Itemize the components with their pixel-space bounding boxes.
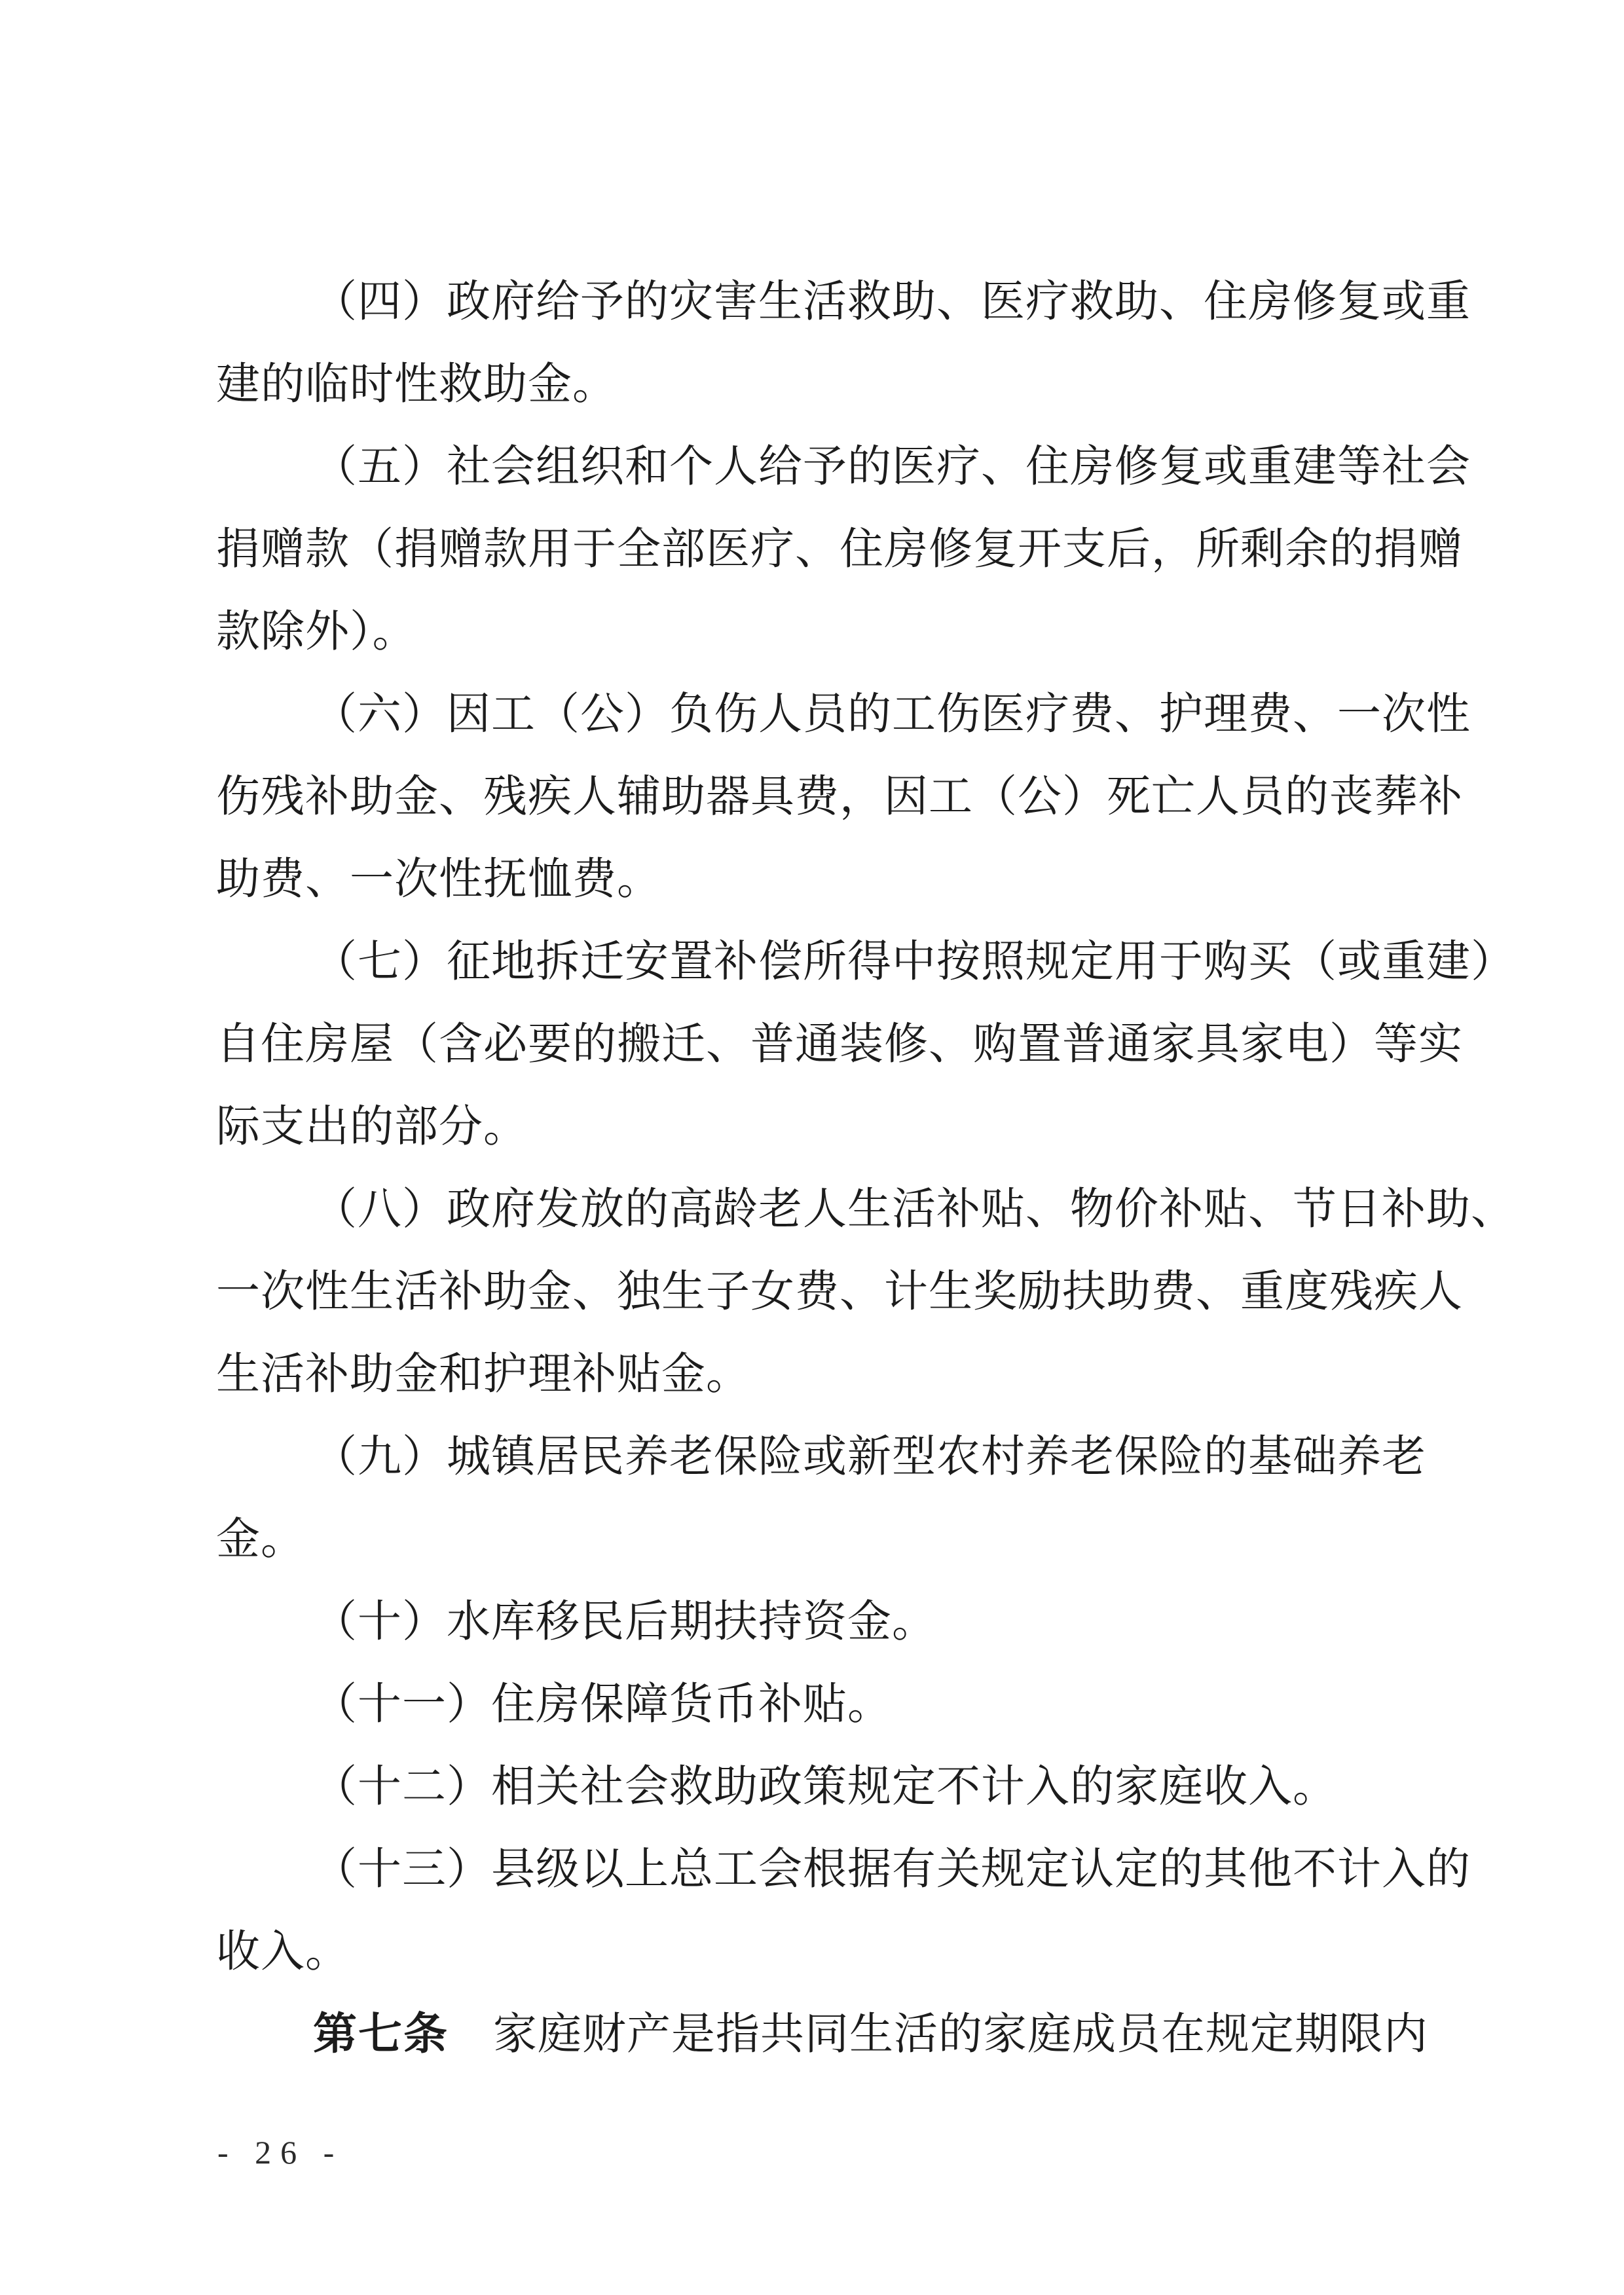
text-segment: （十二）相关社会救助政策规定不计入的家庭收入。	[313, 1763, 1337, 1811]
text-segment: 捐赠款（捐赠款用于全部医疗、住房修复开支后，所剩余的捐赠	[216, 525, 1463, 574]
text-segment: 建的临时性救助金。	[216, 360, 617, 409]
text-line: （八）政府发放的高龄老人生活补贴、物价补贴、节日补助、	[216, 1168, 1473, 1251]
text-line: （九）城镇居民养老保险或新型农村养老保险的基础养老	[216, 1416, 1473, 1498]
text-line: （七）征地拆迁安置补偿所得中按照规定用于购买（或重建）	[216, 921, 1473, 1003]
text-segment: （九）城镇居民养老保险或新型农村养老保险的基础养老	[313, 1433, 1426, 1481]
text-segment: （五）社会组织和个人给予的医疗、住房修复或重建等社会	[313, 443, 1471, 491]
document-page: （四）政府给予的灾害生活救助、医疗救助、住房修复或重建的临时性救助金。（五）社会…	[0, 0, 1624, 2295]
text-segment: 自住房屋（含必要的搬迁、普通装修、购置普通家具家电）等实	[216, 1020, 1463, 1069]
document-body: （四）政府给予的灾害生活救助、医疗救助、住房修复或重建的临时性救助金。（五）社会…	[216, 261, 1473, 2076]
text-segment: 金。	[216, 1515, 305, 1564]
text-segment: 伤残补助金、残疾人辅助器具费，因工（公）死亡人员的丧葬补	[216, 773, 1463, 821]
text-segment: 款除外）。	[216, 608, 417, 656]
text-segment: （六）因工（公）负伤人员的工伤医疗费、护理费、一次性	[313, 690, 1471, 739]
text-line: 自住房屋（含必要的搬迁、普通装修、购置普通家具家电）等实	[216, 1003, 1473, 1086]
text-line: 助费、一次性抚恤费。	[216, 838, 1473, 921]
text-line: 一次性生活补助金、独生子女费、计生奖励扶助费、重度残疾人	[216, 1251, 1473, 1333]
text-line: （十二）相关社会救助政策规定不计入的家庭收入。	[216, 1746, 1473, 1828]
text-segment: 收入。	[216, 1928, 350, 1976]
text-segment: （四）政府给予的灾害生活救助、医疗救助、住房修复或重	[313, 278, 1471, 326]
text-line: （十一）住房保障货币补贴。	[216, 1663, 1473, 1746]
text-segment: 家庭财产是指共同生活的家庭成员在规定期限内	[449, 2010, 1428, 2059]
text-line: 第七条 家庭财产是指共同生活的家庭成员在规定期限内	[216, 1993, 1473, 2076]
text-segment: 生活补助金和护理补贴金。	[216, 1350, 750, 1399]
text-line: （五）社会组织和个人给予的医疗、住房修复或重建等社会	[216, 426, 1473, 508]
text-segment: （七）征地拆迁安置补偿所得中按照规定用于购买（或重建）	[313, 938, 1515, 986]
page-number: - 26 -	[217, 2129, 343, 2175]
text-segment: （八）政府发放的高龄老人生活补贴、物价补贴、节日补助、	[313, 1185, 1515, 1234]
text-line: 伤残补助金、残疾人辅助器具费，因工（公）死亡人员的丧葬补	[216, 756, 1473, 838]
text-segment: （十一）住房保障货币补贴。	[313, 1680, 892, 1729]
article-number-bold: 第七条	[313, 2010, 449, 2059]
text-segment: 一次性生活补助金、独生子女费、计生奖励扶助费、重度残疾人	[216, 1268, 1463, 1316]
text-line: 金。	[216, 1498, 1473, 1581]
text-line: （十）水库移民后期扶持资金。	[216, 1581, 1473, 1663]
text-line: 捐赠款（捐赠款用于全部医疗、住房修复开支后，所剩余的捐赠	[216, 508, 1473, 591]
text-segment: 际支出的部分。	[216, 1103, 528, 1151]
text-segment: （十三）县级以上总工会根据有关规定认定的其他不计入的	[313, 1845, 1471, 1894]
text-line: 际支出的部分。	[216, 1086, 1473, 1168]
text-line: （六）因工（公）负伤人员的工伤医疗费、护理费、一次性	[216, 673, 1473, 756]
text-line: 款除外）。	[216, 591, 1473, 673]
text-line: 生活补助金和护理补贴金。	[216, 1333, 1473, 1416]
text-line: （四）政府给予的灾害生活救助、医疗救助、住房修复或重	[216, 261, 1473, 343]
text-line: （十三）县级以上总工会根据有关规定认定的其他不计入的	[216, 1828, 1473, 1911]
text-segment: 助费、一次性抚恤费。	[216, 855, 661, 904]
text-segment: （十）水库移民后期扶持资金。	[313, 1598, 936, 1646]
text-line: 建的临时性救助金。	[216, 343, 1473, 426]
text-line: 收入。	[216, 1911, 1473, 1993]
